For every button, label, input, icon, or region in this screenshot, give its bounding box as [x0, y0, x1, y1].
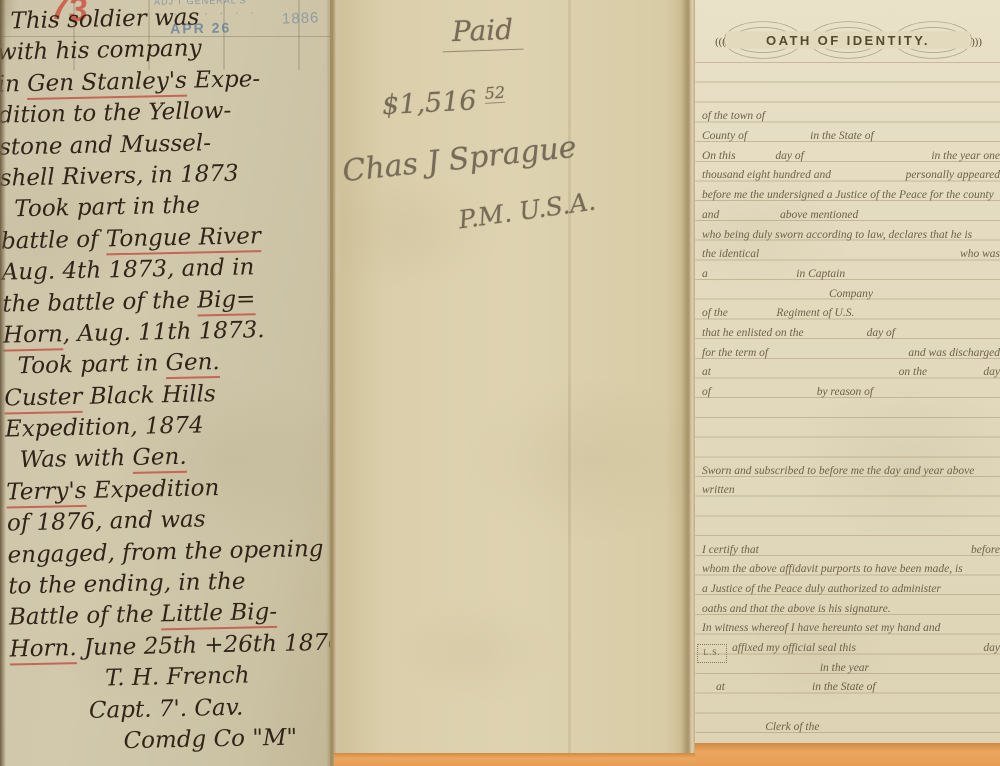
oath-of-identity-form: ((( OATH OF IDENTITY. ))) of the town of…: [695, 0, 1000, 766]
handwritten-phrase: dition to the Yellow-: [0, 98, 231, 129]
printed-text: of the town of: [702, 109, 765, 123]
handwritten-phrase: engaged, from the opening: [7, 536, 323, 569]
printed-text: in the State of: [810, 129, 874, 143]
oath-form-line: andabove mentioned: [702, 202, 1000, 222]
printed-text: for the term of: [702, 346, 768, 360]
printed-text: thousand eight hundred and: [702, 168, 831, 182]
handwritten-phrase: Expedition, 1874: [5, 412, 204, 442]
oath-form-line: aton theday: [702, 360, 1000, 380]
oath-form-line: In witness whereof I have hereunto set m…: [702, 616, 1000, 636]
left-page-edge: [0, 0, 6, 766]
printed-text: in the year: [820, 661, 869, 675]
oath-form-line: Sworn and subscribed to before me the da…: [702, 458, 1000, 478]
handwritten-phrase: Expe-: [187, 66, 261, 94]
handwritten-phrase: battle of: [1, 226, 106, 254]
title-flourish-right: ))): [971, 37, 982, 48]
oath-form-line: ofby reason of: [702, 379, 1000, 399]
scanned-document: 73 ADJ'T GENERAL'S · · · · · · · · APR 2…: [0, 0, 1000, 766]
red-underlined-phrase: Tongue River: [106, 223, 262, 255]
red-underlined-phrase: Terry's: [6, 478, 87, 509]
printed-text: the identical: [702, 247, 759, 261]
oath-form-line: ain Captain: [702, 261, 1000, 281]
oath-title-text: OATH OF IDENTITY.: [766, 33, 930, 48]
printed-text: before me the undersigned a Justice of t…: [702, 188, 994, 202]
red-underlined-phrase: Gen.: [165, 349, 220, 379]
amount-dollars: $1,516: [381, 85, 477, 121]
oath-form-line: of the town of: [702, 104, 1000, 124]
page-fold-left: [326, 0, 342, 766]
amount-cents: 52: [484, 83, 505, 104]
oath-form-line: [702, 438, 1000, 458]
orange-mat-edge-middle: [334, 753, 695, 766]
printed-text: whom the above affidavit purports to hav…: [702, 562, 963, 576]
printed-text: that he enlisted on the: [702, 326, 804, 340]
printed-text: by reason of: [817, 385, 873, 399]
printed-text: a Justice of the Peace duly authorized t…: [702, 582, 941, 596]
handwritten-phrase: Comdg Co "M": [123, 724, 297, 754]
title-flourish-left: (((: [715, 37, 726, 48]
printed-text: of the: [702, 306, 728, 320]
oath-form-lines: of the town ofCounty ofin the State ofOn…: [702, 84, 1000, 734]
printed-text: day: [983, 641, 1000, 655]
printed-text: On this: [702, 149, 736, 163]
handwritten-phrase: Was with: [19, 445, 132, 473]
oath-form-line: of theRegiment of U.S.: [702, 301, 1000, 321]
printed-text: of: [702, 385, 711, 399]
handwritten-phrase: This soldier was: [10, 4, 199, 34]
handwritten-phrase: Battle of the: [9, 602, 162, 631]
printed-text: a: [702, 267, 708, 281]
handwritten-phrase: Expedition: [86, 475, 219, 504]
oath-form-line: [702, 84, 1000, 104]
oath-form-line: written: [702, 478, 1000, 498]
printed-text: in Captain: [796, 267, 845, 281]
red-underlined-phrase: Custer: [4, 384, 83, 415]
printed-text: day of: [775, 149, 803, 163]
oath-form-line: whom the above affidavit purports to hav…: [702, 557, 1000, 577]
handwritten-phrase: Black Hills: [82, 381, 216, 410]
red-underlined-phrase: Gen.: [132, 444, 187, 474]
printed-text: County of: [702, 129, 747, 143]
oath-form-line: oaths and that the above is his signatur…: [702, 596, 1000, 616]
oath-form-line: atin the State of: [702, 675, 1000, 695]
handwritten-phrase: shell Rivers, in 1873: [0, 161, 239, 192]
handwritten-phrase: with his company: [0, 36, 202, 66]
printed-text: and: [702, 208, 719, 222]
seal-placeholder: L.S.: [697, 644, 727, 663]
printed-text: in the year one: [931, 149, 1000, 163]
handwritten-phrase: Took part in: [17, 350, 165, 379]
printed-text: day of: [867, 326, 895, 340]
printed-text: at: [716, 680, 725, 694]
oath-form-line: [702, 497, 1000, 517]
printed-text: before: [971, 543, 1000, 557]
handwritten-phrase: T. H. French: [105, 663, 250, 692]
printed-text: who was: [960, 247, 1000, 261]
red-underlined-phrase: Horn: [3, 321, 63, 351]
handwritten-phrase: the battle of the: [2, 287, 197, 317]
printed-text: on the: [899, 365, 927, 379]
left-handwritten-page: 73 ADJ'T GENERAL'S · · · · · · · · APR 2…: [0, 0, 330, 766]
printed-text: Company: [829, 287, 873, 301]
handwritten-line: Comdg Co "M": [11, 721, 330, 760]
paid-annotation: Paid: [441, 13, 523, 53]
printed-text: oaths and that the above is his signatur…: [702, 602, 891, 616]
handwritten-phrase: stone and Mussel-: [0, 130, 211, 160]
red-underlined-phrase: Gen Stanley's: [27, 67, 187, 99]
oath-form-line: thousand eight hundred andpersonally app…: [702, 163, 1000, 183]
printed-text: who being duly sworn according to law, d…: [702, 228, 972, 242]
oath-form-line: the identicalwho was: [702, 242, 1000, 262]
oath-form-line: in the year: [702, 655, 1000, 675]
oath-form-line: [702, 694, 1000, 714]
oath-form-line: before me the undersigned a Justice of t…: [702, 182, 1000, 202]
printed-text: at: [702, 365, 711, 379]
amount-annotation: $1,516 52: [381, 83, 506, 121]
oath-form-line: for the term ofand was discharged: [702, 340, 1000, 360]
handwritten-phrase: , Aug. 11th 1873.: [62, 317, 264, 347]
orange-mat-edge-right: [695, 743, 1000, 766]
printed-text: Sworn and subscribed to before me the da…: [702, 464, 974, 478]
printed-text: and was discharged: [908, 346, 1000, 360]
printed-text: day: [983, 365, 1000, 379]
oath-form-line: Company: [702, 281, 1000, 301]
printed-text: I certify that: [702, 543, 759, 557]
handwritten-phrase: to the ending, in the: [8, 569, 246, 600]
handwritten-phrase: Capt. 7'. Cav.: [89, 694, 244, 723]
oath-form-line: [702, 399, 1000, 419]
handwritten-phrase: Took part in the: [14, 193, 200, 223]
oath-form-line: I certify thatbefore: [702, 537, 1000, 557]
oath-form-line: Clerk of the: [702, 714, 1000, 734]
middle-paid-page: Paid $1,516 52 Chas J Sprague P.M. U.S.A…: [330, 0, 695, 766]
oath-form-line: [702, 419, 1000, 439]
handwritten-phrase: of 1876, and was: [7, 507, 206, 537]
printed-text: in the State of: [812, 680, 876, 694]
oath-form-line: On thisday ofin the year one: [702, 143, 1000, 163]
oath-form-line: [702, 517, 1000, 537]
red-underlined-phrase: Little Big-: [161, 599, 278, 630]
oath-form-line: County ofin the State of: [702, 123, 1000, 143]
oath-title-stamp: ((( OATH OF IDENTITY. ))): [703, 16, 993, 64]
printed-text: In witness whereof I have hereunto set m…: [702, 621, 940, 635]
printed-text: personally appeared: [906, 168, 1000, 182]
handwritten-phrase: June 25th +26th 1876: [76, 629, 330, 661]
paymaster-title: P.M. U.S.A.: [457, 187, 598, 235]
handwritten-text-block: This soldier waswith his companyin Gen S…: [0, 0, 330, 760]
printed-text: Regiment of U.S.: [776, 306, 854, 320]
printed-text: written: [702, 483, 735, 497]
handwritten-phrase: Aug. 4th 1873, and in: [1, 254, 254, 285]
red-underlined-phrase: Big=: [197, 286, 256, 316]
page-fold-right: [681, 0, 697, 766]
oath-form-line: who being duly sworn according to law, d…: [702, 222, 1000, 242]
printed-text: Clerk of the: [765, 720, 819, 734]
printed-text: above mentioned: [780, 208, 858, 222]
printed-text: affixed my official seal this: [732, 641, 856, 655]
paymaster-signature: Chas J Sprague: [341, 130, 578, 189]
handwritten-line: engaged, from the opening: [7, 533, 330, 572]
paper-crease: [568, 0, 571, 766]
oath-form-line: affixed my official seal thisday: [702, 635, 1000, 655]
red-underlined-phrase: Horn.: [9, 635, 77, 665]
oath-form-line: that he enlisted on theday of: [702, 320, 1000, 340]
oath-form-line: a Justice of the Peace duly authorized t…: [702, 576, 1000, 596]
